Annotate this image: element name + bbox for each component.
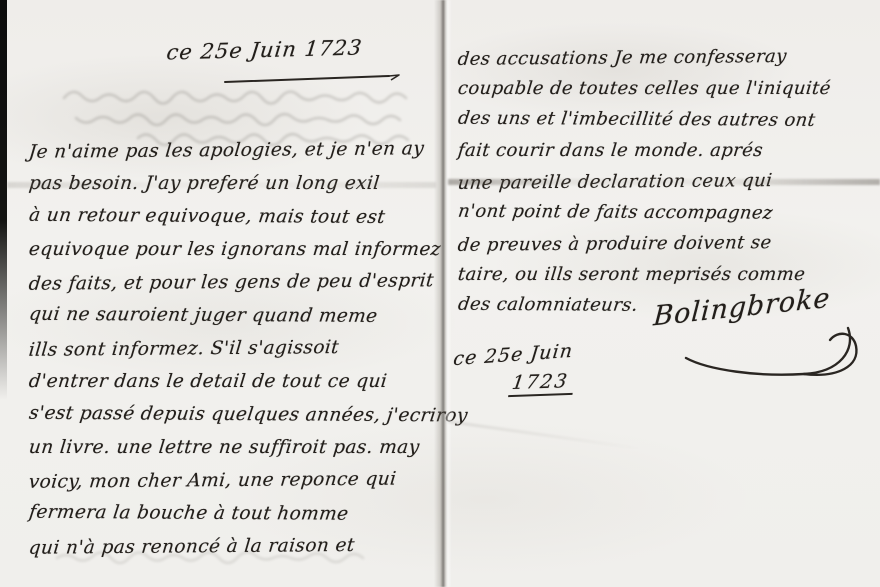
date-heading-underline: [223, 73, 403, 84]
manuscript-line: qui ne sauroient juger quand meme: [27, 298, 436, 333]
manuscript-line: fermera la bouche à tout homme: [27, 496, 436, 531]
manuscript-letter-scan: ce 25e Juin 1723 Je n'aime pas les apolo…: [0, 0, 880, 587]
horizontal-fold-crease-right: [448, 179, 880, 185]
manuscript-line: de preuves à produire doivent se: [456, 226, 879, 261]
right-page: des accusations Je me confesseray coupab…: [448, 0, 880, 587]
scan-edge-shadow: [0, 0, 7, 400]
date-footer-line2: 1723: [508, 370, 576, 397]
manuscript-line: voicy, mon cher Ami, une reponce qui: [27, 462, 436, 499]
signature-flourish: [608, 300, 868, 410]
manuscript-line: n'ont point de faits accompagnez: [456, 196, 880, 230]
manuscript-line: Je n'aime pas les apologies, et je n'en …: [27, 132, 436, 169]
date-footer-line1: ce 25e Juin: [452, 340, 574, 370]
manuscript-line: equivoque pour les ignorans mal informez: [27, 233, 435, 266]
left-page: ce 25e Juin 1723 Je n'aime pas les apolo…: [7, 0, 436, 587]
date-heading: ce 25e Juin 1723: [165, 35, 363, 64]
manuscript-line: des accusations Je me confesseray: [456, 40, 879, 75]
letter-body-left: Je n'aime pas les apologies, et je n'en …: [29, 134, 434, 563]
manuscript-line: coupable de toutes celles que l'iniquité: [456, 73, 879, 104]
manuscript-line: un livre. une lettre ne suffiroit pas. m…: [27, 431, 435, 464]
manuscript-line: fait courir dans le monde. aprés: [456, 135, 879, 166]
manuscript-line: qui n'à pas renoncé à la raison et: [27, 528, 436, 565]
manuscript-line: d'entrer dans le detail de tout ce qui: [27, 365, 435, 398]
manuscript-line: des uns et l'imbecillité des autres ont: [456, 103, 880, 137]
manuscript-line: s'est passé depuis quelques années, j'ec…: [27, 397, 436, 432]
manuscript-line: des faits, et pour les gens de peu d'esp…: [27, 264, 436, 301]
horizontal-fold-crease-left: [7, 182, 436, 188]
manuscript-line: ills sont informez. S'il s'agissoit: [27, 330, 436, 367]
manuscript-line: à un retour equivoque, mais tout est: [27, 199, 436, 234]
